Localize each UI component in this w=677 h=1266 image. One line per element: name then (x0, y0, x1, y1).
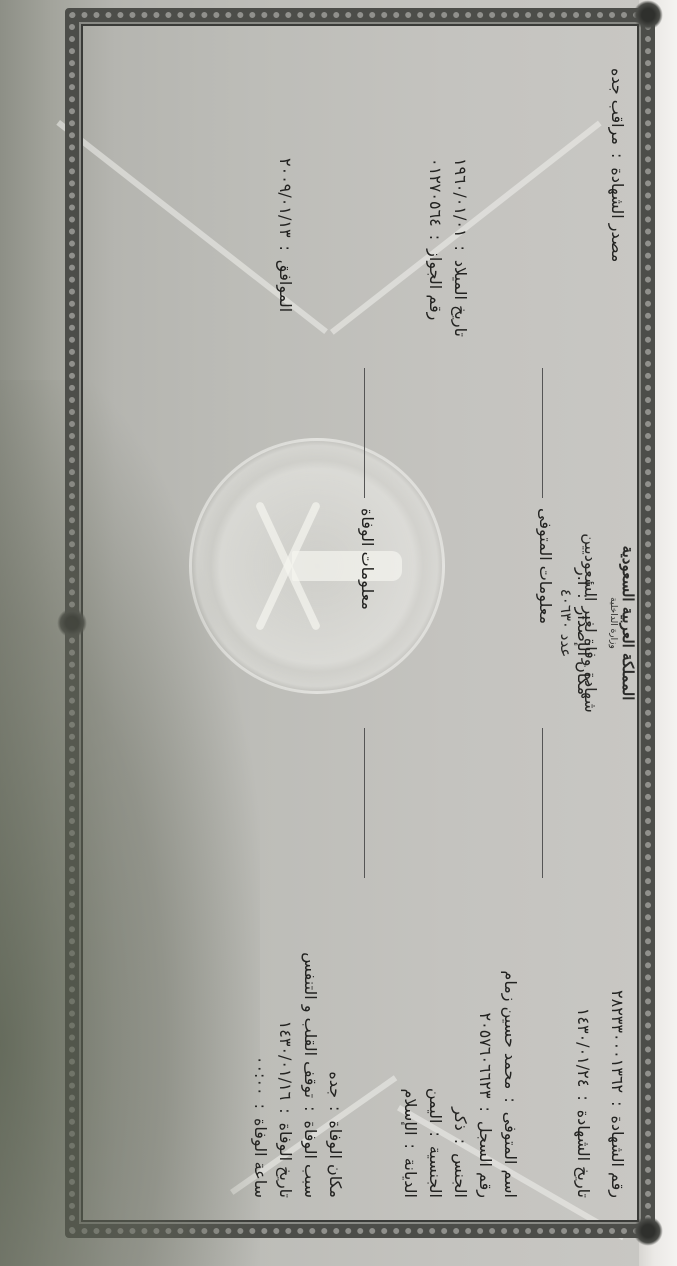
field-death-date: تاريخ الوفاة:١٤٣٠/٠١/١٦ (276, 1021, 295, 1198)
photo-shadow (0, 380, 260, 1266)
divider (542, 368, 543, 498)
divider (364, 368, 365, 498)
death-section-title: معلومات الوفاة (358, 508, 377, 610)
field-religion: الديانة:الإسلام (401, 1088, 420, 1198)
field-certificate-number: رقم الشهادة:٢٨٢٣٣٠٠٠١٣٦٢ (608, 990, 627, 1198)
field-certificate-date: تاريخ الشهادة:١٤٣٠/٠١/٢٤ (574, 1008, 593, 1198)
palm-tree-icon (292, 551, 402, 581)
field-passport-number: رقم الجواز:٠١٢٧٠٥٦٤ (426, 158, 445, 320)
field-issue-place: مكان الإصدار:أ.ر (574, 568, 593, 695)
number-label: عدد (557, 634, 575, 658)
number-value: ٤٠٦٣٠ (557, 589, 575, 629)
field-certificate-source: مصدر الشهادة:مراقب جده (608, 68, 627, 262)
divider (364, 728, 365, 878)
field-nationality: الجنسية:اليمن (426, 1088, 445, 1198)
divider (542, 728, 543, 878)
field-birth-date: تاريخ الميلاد:١٩٦٠/٠١/٠١ (451, 158, 470, 337)
corner-knot-icon (633, 0, 663, 30)
corner-knot-icon (633, 1216, 663, 1246)
field-death-place: مكان الوفاة:جده (326, 1071, 345, 1198)
field-death-cause: سبب الوفاة:توقف القلب و التنفس (301, 952, 320, 1198)
field-gregorian-date: الموافق:٢٠٠٩/٠١/١٣ (276, 158, 295, 312)
field-deceased-name: اسم المتوفى:محمد حسين زمام (501, 970, 520, 1198)
field-record-number: رقم السجل:٢٠٥٧٦٠٦٦٢٣ (476, 1013, 495, 1198)
deceased-section-title: معلومات المتوفى (536, 508, 555, 624)
certificate-number-line: عدد ٤٠٦٣٠ (557, 8, 575, 1238)
field-gender: الجنس:ذكر (451, 1107, 470, 1198)
